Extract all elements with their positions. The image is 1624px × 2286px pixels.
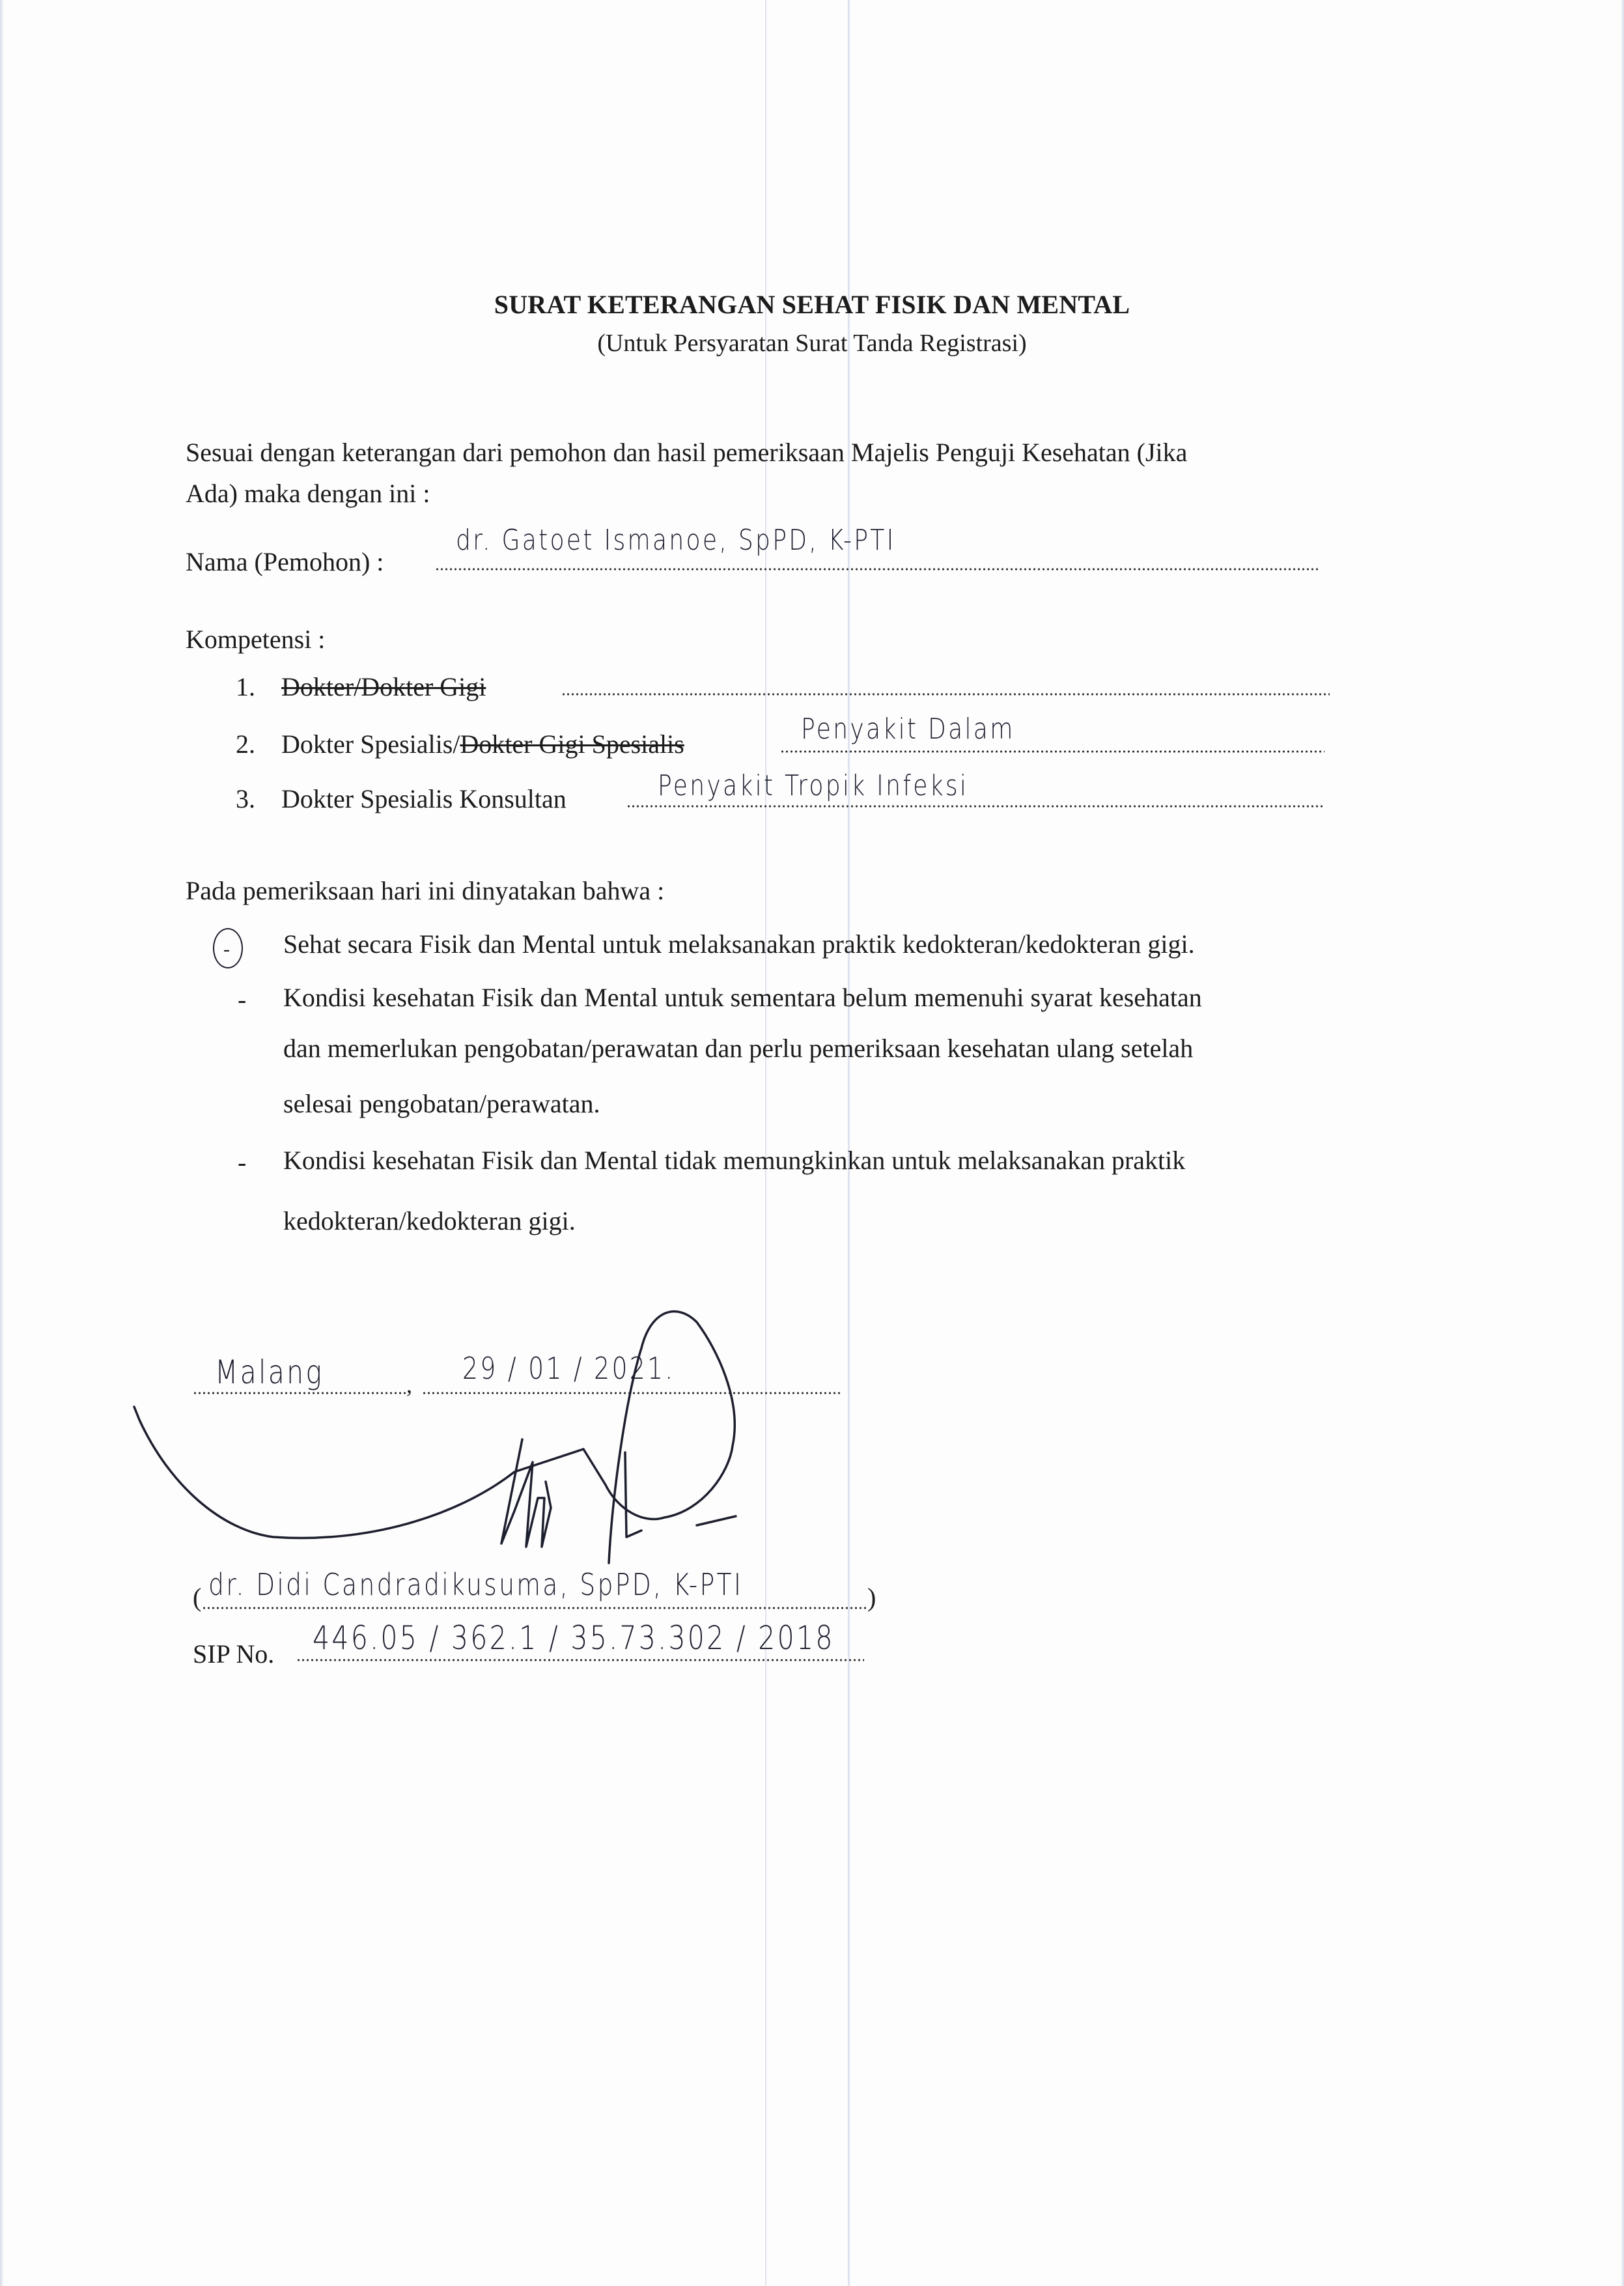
signer-close-paren: ) [867,1585,876,1611]
signature-icon [0,0,1624,2286]
signer-name-handwritten: dr. Didi Candradikusuma, SpPD, K-PTI [208,1570,743,1600]
signer-open-paren: ( [193,1585,201,1611]
sip-dotted-line [296,1659,864,1661]
sip-number-handwritten: 446.05 / 362.1 / 35.73.302 / 2018 [313,1622,835,1654]
signer-dotted-line [202,1607,866,1609]
sip-label: SIP No. [193,1641,274,1667]
